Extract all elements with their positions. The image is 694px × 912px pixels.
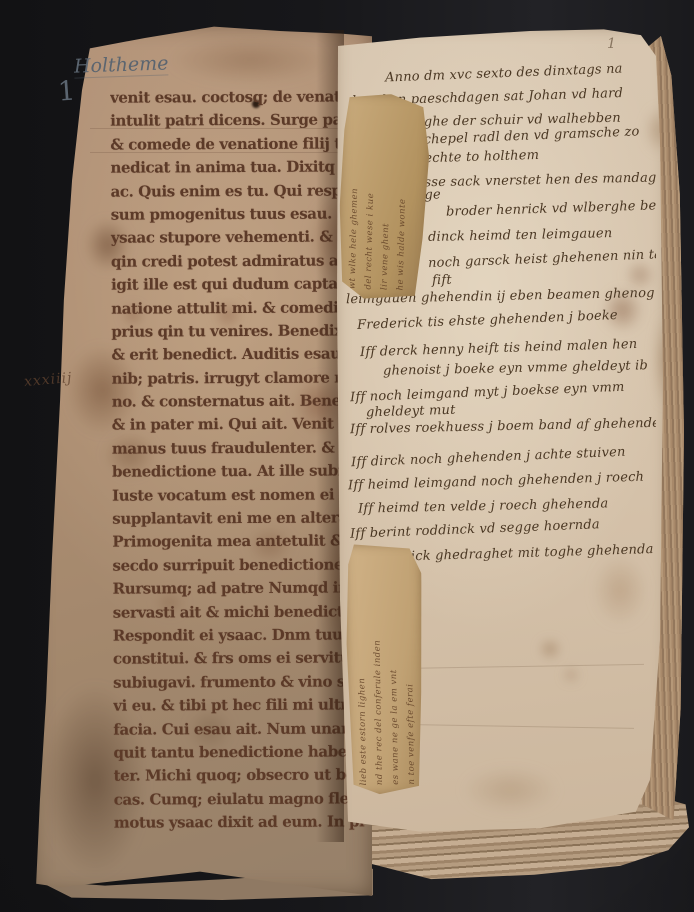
strip-vertical-text: nd the rec del conferule inden [371,550,385,785]
cursive-entry-line: fift [432,273,452,289]
cursive-entry-line: Iff noch leimgand myt j boekse eyn vmm [350,380,625,406]
folio-mark: 1 [607,36,616,52]
strip-vertical-text: es wane ne ge la em vnt [387,550,401,785]
cursive-entry-line: Iff berint roddinck vd segge hoernda [350,517,600,542]
cursive-entry-line: Iff heimd leimgand noch ghehenden j roec… [348,470,645,494]
manuscript-photo: { "manuscript": { "left_page": { "inscri… [0,0,694,912]
strip-vertical-text: wt wlke hele ghemen [348,99,363,289]
pasted-strip-upper: wt wlke hele ghemendel recht wese i kuel… [337,93,430,300]
cursive-entry-line: Iff dirck noch ghehenden j achte stuiven [351,445,626,471]
pencil-inscription: Holtheme [74,52,169,78]
strip-vertical-text: lieb este estorn lighen [355,550,369,785]
cursive-entry-line: gheldeyt mut [366,403,456,421]
cursive-entry-line: broder henrick vd wlberghe bewund [446,197,656,219]
strip-vertical-text: lir vene ghent [380,100,395,290]
strip-vertical-text: del recht wese i kue [364,100,379,290]
pasted-strip-lower: lieb este estorn lighennd the rec del co… [345,543,425,794]
strip-vertical-text: n toe venfe efte ferai [403,549,417,784]
pencil-folio-number: 1 [57,75,76,107]
cursive-entry-line: Iff heimd ten velde j roech ghehenda [358,496,609,516]
cursive-entry-line: ghenoist j boeke eyn vmme gheldeyt ib [383,358,648,379]
strip-vertical-text: he wis halde wonte [396,100,411,290]
cursive-entry-line: Frederick tis ehste ghehenden j boeke [357,308,618,333]
cursive-entry-line: desse sack vnerstet hen des mandags [408,170,656,190]
cursive-entry-line: derick ghedraghet mit toghe ghehenda [388,542,654,565]
cursive-entry-line: Iff derck henny heift tis heind malen he… [360,337,638,360]
cursive-entry-line: Anno dm xvc sexto des dinxtags na [385,61,623,85]
cursive-entry-line: dinck heimd ten leimgauen [428,226,613,245]
cursive-entry-line: noch garsck heist ghehenen nin taghen [428,246,656,271]
